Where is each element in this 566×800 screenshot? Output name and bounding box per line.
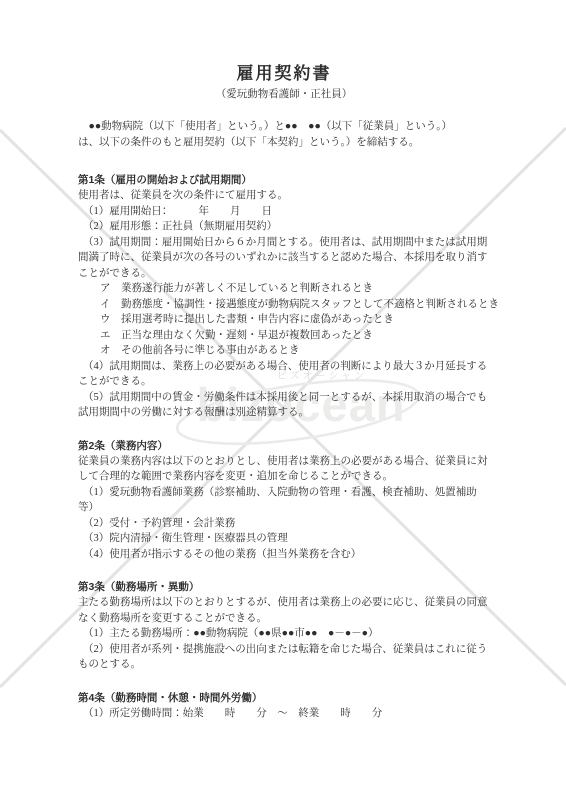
contract-line: ことができる。: [78, 266, 490, 282]
contract-line: ものとする。: [78, 657, 490, 673]
contract-line: （1）所定労働時間：始業 時 分 ～ 終業 時 分: [78, 706, 490, 722]
contract-line: なく勤務場所を変更することができる。: [78, 611, 490, 627]
contract-line: （1）愛玩動物看護師業務（診察補助、入院動物の管理・看護、検査補助、処置補助: [78, 485, 490, 501]
contract-line: 従業員の業務内容は以下のとおりとし、使用者は業務上の必要がある場合、従業員に対: [78, 454, 490, 470]
section-heading: 第1条（雇用の開始および試用期間）: [78, 172, 490, 188]
contract-line: イ 勤務態度・協調性・接遇態度が動物病院スタッフとして不適格と判断されるとき: [78, 297, 490, 313]
contract-line: 等）: [78, 500, 490, 516]
contract-line: （3）試用期間：雇用開始日から６か月間とする。使用者は、試用期間中または試用期: [78, 235, 490, 251]
contract-line: して合理的な範囲で業務内容を変更・追加を命じることができる。: [78, 469, 490, 485]
page-subtitle: （愛玩動物看護師・正社員）: [78, 88, 490, 102]
intro-paragraph: ●●動物病院（以下「使用者」という。）と●● ●●（以下「従業員」という。）は、…: [78, 119, 490, 150]
page-title: 雇用契約書: [78, 64, 490, 84]
contract-line: （1）主たる勤務場所：●●動物病院（●●県●●市●● ●－●－●）: [78, 626, 490, 642]
contract-line: （5）試用期間中の賃金・労働条件は本採用後と同一とするが、本採用取消の場合でも: [78, 390, 490, 406]
contract-section: 第3条（勤務場所・異動）主たる勤務場所は以下のとおりとするが、使用者は業務上の必…: [78, 579, 490, 673]
contract-section: 第1条（雇用の開始および試用期間）使用者は、従業員を次の条件にて雇用する。（1）…: [78, 172, 490, 421]
contract-line: 間満了時に、従業員が次の各号のいずれかに該当すると認めた場合、本採用を取り消す: [78, 250, 490, 266]
contract-line: エ 正当な理由なく欠勤・遅刻・早退が複数回あったとき: [78, 328, 490, 344]
contract-line: 主たる勤務場所は以下のとおりとするが、使用者は業務上の必要に応じ、従業員の同意: [78, 595, 490, 611]
contract-line: ウ 採用選考時に提出した書類・申告内容に虚偽があったとき: [78, 312, 490, 328]
contract-line: （2）使用者が系列・提携施設への出向または転籍を命じた場合、従業員はこれに従う: [78, 642, 490, 658]
section-heading: 第3条（勤務場所・異動）: [78, 579, 490, 595]
contract-section: 第4条（勤務時間・休憩・時間外労働）（1）所定労働時間：始業 時 分 ～ 終業 …: [78, 690, 490, 722]
contract-body: 第1条（雇用の開始および試用期間）使用者は、従業員を次の条件にて雇用する。（1）…: [78, 172, 490, 721]
contract-line: （1）雇用開始日： 年 月 日: [78, 204, 490, 220]
section-heading: 第4条（勤務時間・休憩・時間外労働）: [78, 690, 490, 706]
section-heading: 第2条（業務内容）: [78, 438, 490, 454]
contract-document: 雇用契約書 （愛玩動物看護師・正社員） ●●動物病院（以下「使用者」という。）と…: [78, 0, 490, 721]
contract-line: ア 業務遂行能力が著しく不足していると判断されるとき: [78, 281, 490, 297]
contract-line: 試用期間中の労働に対する報酬は別途精算する。: [78, 405, 490, 421]
contract-line: （4）試用期間は、業務上の必要がある場合、使用者の判断により最大３か月延長する: [78, 359, 490, 375]
contract-line: オ その他前各号に準じる事由があるとき: [78, 343, 490, 359]
contract-line: ことができる。: [78, 374, 490, 390]
contract-line: （3）院内清掃・衛生管理・医療器具の管理: [78, 531, 490, 547]
intro-line: ●●動物病院（以下「使用者」という。）と●● ●●（以下「従業員」という。）: [78, 119, 490, 135]
contract-line: 使用者は、従業員を次の条件にて雇用する。: [78, 188, 490, 204]
contract-section: 第2条（業務内容）従業員の業務内容は以下のとおりとし、使用者は業務上の必要がある…: [78, 438, 490, 563]
contract-line: （4）使用者が指示するその他の業務（担当外業務を含む）: [78, 547, 490, 563]
contract-page: ビズオーシャン bizocean 雇用契約書 （愛玩動物看護師・正社員） ●●動…: [0, 0, 566, 800]
contract-line: （2）受付・予約管理・会計業務: [78, 516, 490, 532]
contract-line: （2）雇用形態：正社員（無期雇用契約）: [78, 219, 490, 235]
intro-line: は、以下の条件のもと雇用契約（以下「本契約」という。）を締結する。: [78, 135, 490, 151]
